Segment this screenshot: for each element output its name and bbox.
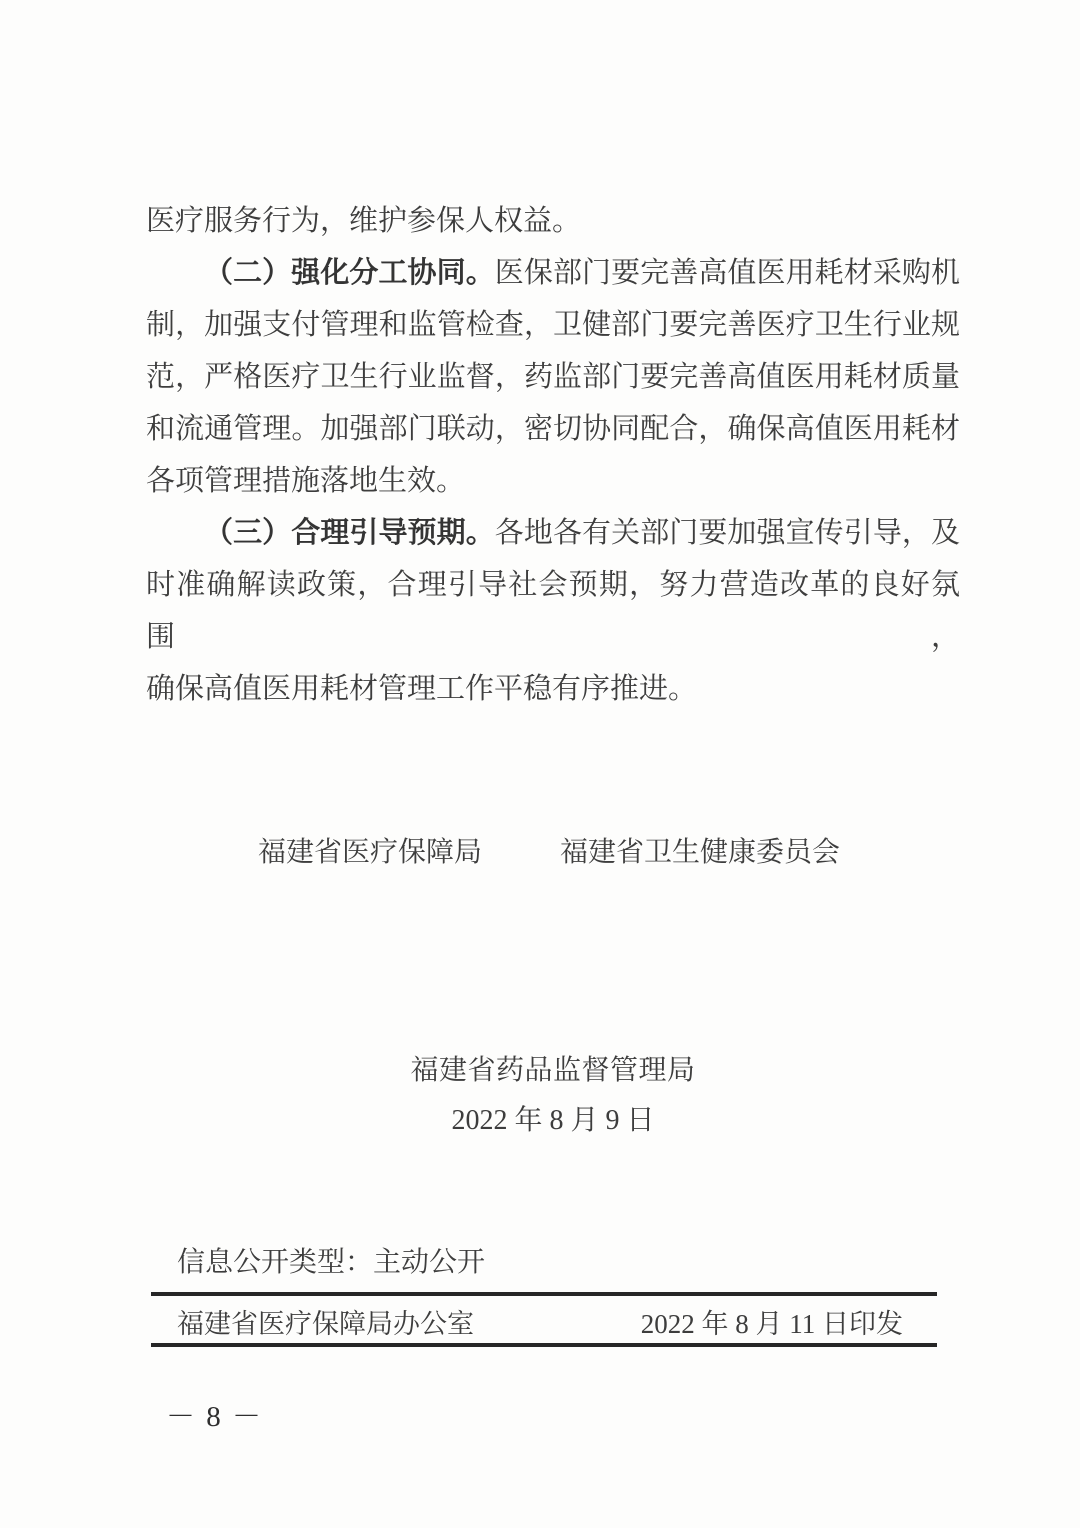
para2-line-2: 制，加强支付管理和监管检查，卫健部门要完善医疗卫生行业规 [146, 299, 960, 351]
para2-line-4: 和流通管理。加强部门联动，密切协同配合，确保高值医用耗材 [146, 403, 960, 455]
body-line-continuation: 医疗服务行为，维护参保人权益。 [146, 195, 960, 247]
para3-line-1: （三）合理引导预期。各地各有关部门要加强宣传引导，及 [146, 507, 960, 559]
para2-line-3: 范，严格医疗卫生行业监督，药监部门要完善高值医用耗材质量 [146, 351, 960, 403]
para3-line-3: 确保高值医用耗材管理工作平稳有序推进。 [146, 663, 960, 715]
para2-line-1: （二）强化分工协同。医保部门要完善高值医用耗材采购机 [146, 247, 960, 299]
print-date: 2022 年 8 月 11 日印发 [641, 1308, 903, 1340]
para2-line1-rest: 医保部门要完善高值医用耗材采购机 [495, 257, 960, 289]
para3-line1-rest: 各地各有关部门要加强宣传引导，及 [495, 517, 960, 549]
signature-org-health-commission: 福建省卫生健康委员会 [560, 836, 840, 870]
signature-date: 2022 年 8 月 9 日 [146, 1104, 960, 1138]
signature-org-drug-administration: 福建省药品监督管理局 [146, 1054, 960, 1088]
para3-heading: （三）合理引导预期。 [204, 517, 495, 549]
para2-heading: （二）强化分工协同。 [204, 257, 495, 289]
signature-org-medical-security-bureau: 福建省医疗保障局 [258, 836, 482, 870]
footer-rule-bottom [151, 1343, 937, 1347]
para3-line-2: 时准确解读政策，合理引导社会预期，努力营造改革的良好氛围， [146, 559, 960, 663]
document-body: 医疗服务行为，维护参保人权益。 （二）强化分工协同。医保部门要完善高值医用耗材采… [146, 195, 960, 715]
footer-rule-top [151, 1292, 937, 1296]
para2-line-5: 各项管理措施落地生效。 [146, 455, 960, 507]
issuing-office: 福建省医疗保障局办公室 [177, 1308, 474, 1340]
page-number: － 8 － [166, 1400, 263, 1435]
document-page: 医疗服务行为，维护参保人权益。 （二）强化分工协同。医保部门要完善高值医用耗材采… [0, 0, 1080, 1528]
info-disclosure-type: 信息公开类型：主动公开 [177, 1246, 485, 1280]
